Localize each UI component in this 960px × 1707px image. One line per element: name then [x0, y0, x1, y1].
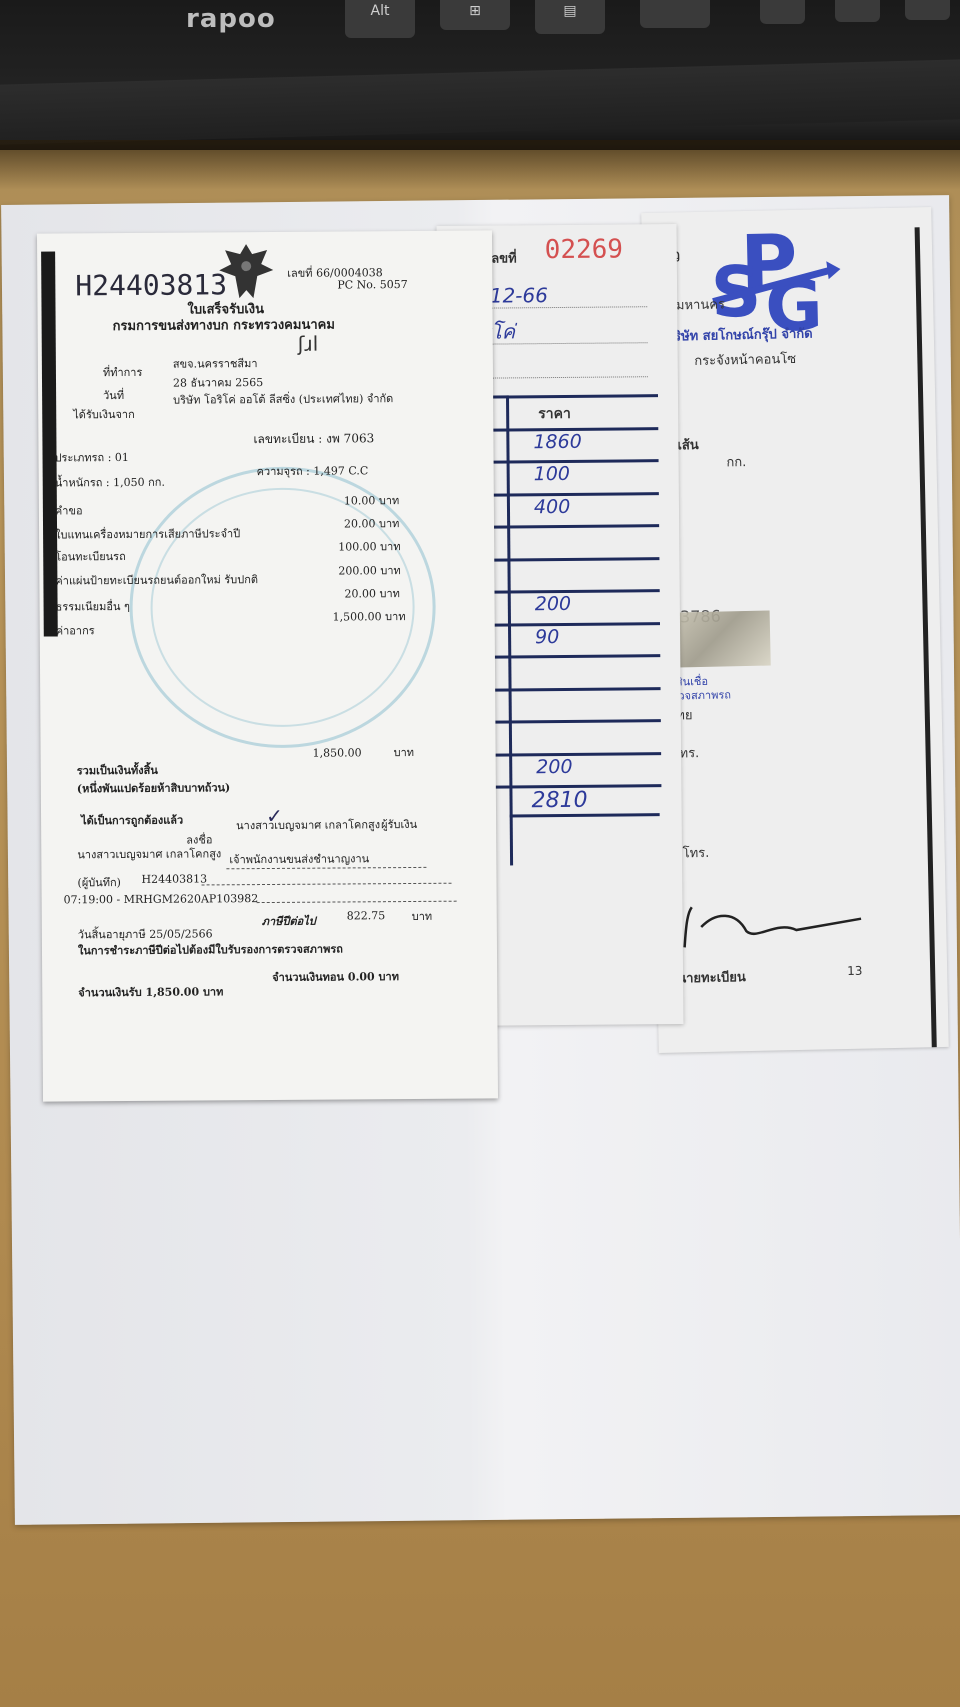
kg-unit: กก.	[726, 451, 746, 472]
plate-number: งพ 7063	[326, 431, 374, 445]
fee-label: ค่าอากร	[56, 621, 95, 639]
pc-no: PC No. 5057	[337, 278, 407, 291]
officer-title: เจ้าพนักงานขนส่งชำนาญงาน	[229, 849, 369, 868]
fee-label: โอนทะเบียนรถ	[55, 547, 126, 565]
vehicle-type-value: 01	[115, 451, 129, 464]
change-amount: จำนวนเงินทอน 0.00 บาท	[272, 967, 399, 986]
registrar-label: นายทะเบียน	[677, 966, 746, 988]
key	[760, 0, 805, 24]
price-cell: 90	[535, 626, 559, 648]
price-cell: 400	[534, 495, 570, 517]
keyboard-shadow	[0, 140, 960, 190]
fee-label: คำขอ	[55, 501, 83, 519]
key	[835, 0, 880, 22]
vehicle-weight: น้ำหนักรถ : 1,050 กก.	[55, 473, 165, 492]
next-tax: 822.75	[347, 909, 386, 922]
plate-label: เลขทะเบียน :	[253, 432, 322, 446]
price-cell: 200	[536, 755, 572, 777]
next-tax-currency: บาท	[412, 907, 433, 925]
recorder-name: นางสาวเบญจมาศ เกลาโคกสูง	[77, 844, 221, 863]
right-document: P S G ฟ้าแมว กรุงเทพมหานคร นปี บริษัท สย…	[641, 207, 949, 1053]
fee-amount: 100.00 บาท	[338, 537, 401, 555]
vehicle-type-label: ประเภทรถ :	[54, 451, 111, 464]
time-chassis: 07:19:00 - MRHGM2620AP103982	[64, 892, 259, 906]
received-from: บริษัท โอริโค่ ออโต้ ลีสซิ่ง (ประเทศไทย)…	[173, 389, 393, 409]
address-stamp: กระจังหน้าคอนโซ	[694, 348, 796, 371]
company-stamp: บริษัท สยโกษณ์กรุ๊ป จำกัด	[666, 323, 813, 347]
document-edge	[915, 227, 937, 1047]
dashed-line	[226, 867, 426, 869]
receiver-name: นางสาวเบญจมาศ เกลาโคกสูง	[236, 815, 380, 834]
keyboard-brand-logo: rapoo	[186, 4, 276, 34]
receipt-number: 02269	[545, 234, 624, 265]
receipt-date: 28 ธันวาคม 2565	[173, 373, 263, 392]
fee-label: ค่าแผ่นป้ายทะเบียนรถยนต์ออกใหม่ รับปกติ	[55, 570, 258, 589]
verified-text: ได้เป็นการถูกต้องแล้ว	[81, 811, 183, 830]
vehicle-type: ประเภทรถ : 01	[54, 448, 128, 467]
signature-check-icon: ✓	[266, 804, 283, 828]
key-alt: Alt	[345, 0, 415, 38]
total-cell: 2810	[531, 788, 587, 813]
keyboard: rapoo Alt ⊞ ▤	[0, 0, 960, 150]
price-header: ราคา	[538, 403, 571, 425]
fee-label: ธรรมเนียมอื่น ๆ	[56, 597, 130, 616]
tel-label: โทร.	[682, 842, 709, 864]
engine-cc-label: ความจุรถ :	[257, 465, 310, 478]
key	[640, 0, 710, 28]
recorder-code: H24403813	[141, 872, 207, 885]
key	[905, 0, 950, 20]
change-label: จำนวนเงินทอน	[272, 970, 344, 984]
fee-amount: 20.00 บาท	[344, 514, 400, 532]
signature-icon	[676, 899, 867, 953]
dashed-line	[257, 901, 457, 903]
fee-amount: 200.00 บาท	[338, 561, 401, 579]
recorder-label: (ผู้บันทึก)	[77, 873, 121, 891]
fee-amount: 10.00 บาท	[344, 491, 400, 509]
handwritten-mark: ʃɹl	[298, 332, 319, 356]
dashed-line	[202, 883, 452, 886]
price-cell: 1860	[533, 430, 582, 452]
office-label: ที่ทำการ	[103, 363, 143, 381]
key-windows: ⊞	[440, 0, 510, 30]
plate: เลขทะเบียน : งพ 7063	[253, 429, 374, 449]
page-number: 13	[847, 964, 863, 978]
price-cell: 100	[534, 463, 570, 485]
expiry-label: วันสิ้นอายุภาษี	[78, 928, 146, 941]
date-label: วันที่	[103, 386, 124, 404]
weight-value: 1,050 กก.	[113, 476, 165, 489]
engine-cc-value: 1,497 C.C	[313, 464, 368, 477]
total-label: รวมเป็นเงินทั้งสิ้น	[77, 761, 158, 780]
total-amount: 1,850.00	[313, 746, 362, 759]
total-in-words: (หนึ่งพันแปดร้อยห้าสิบบาทถ้วน)	[77, 778, 231, 797]
amount-paid: จำนวนเงินรับ 1,850.00 บาท	[78, 982, 223, 1001]
expiry-date: 25/05/2566	[149, 927, 212, 940]
fee-label: ใบแทนเครื่องหมายการเสียภาษีประจำปี	[55, 524, 240, 543]
weight-label: น้ำหนักรถ :	[55, 476, 110, 489]
keyboard-frame	[0, 59, 960, 144]
doc-no-label-text: เลขที่	[287, 267, 312, 280]
fee-amount: 1,500.00 บาท	[333, 607, 406, 626]
total-currency: บาท	[394, 743, 415, 761]
next-tax-label: ภาษีปีต่อไป	[262, 912, 316, 930]
paid-label: จำนวนเงินรับ	[78, 986, 141, 999]
table-rule-double	[510, 813, 660, 817]
receiver-role: ผู้รับเงิน	[381, 815, 417, 833]
received-from-label: ได้รับเงินจาก	[73, 405, 135, 423]
price-cell: 200	[535, 593, 571, 615]
fee-amount: 20.00 บาท	[344, 584, 400, 602]
dlt-receipt: H24403813 เลขที่ 66/0004038 PC No. 5057 …	[37, 230, 498, 1101]
paid-value: 1,850.00 บาท	[145, 985, 223, 999]
office: สขจ.นครราชสีมา	[173, 354, 258, 373]
engine-cc: ความจุรถ : 1,497 C.C	[257, 461, 369, 480]
change-value: 0.00 บาท	[348, 970, 399, 983]
table-column-divider	[506, 395, 513, 865]
garuda-emblem-icon	[217, 240, 275, 304]
key-menu: ▤	[535, 0, 605, 34]
inspection-note: ในการชำระภาษีปีต่อไปต้องมีใบรับรองการตรว…	[78, 939, 343, 959]
receipt-serial: H24403813	[75, 268, 227, 302]
